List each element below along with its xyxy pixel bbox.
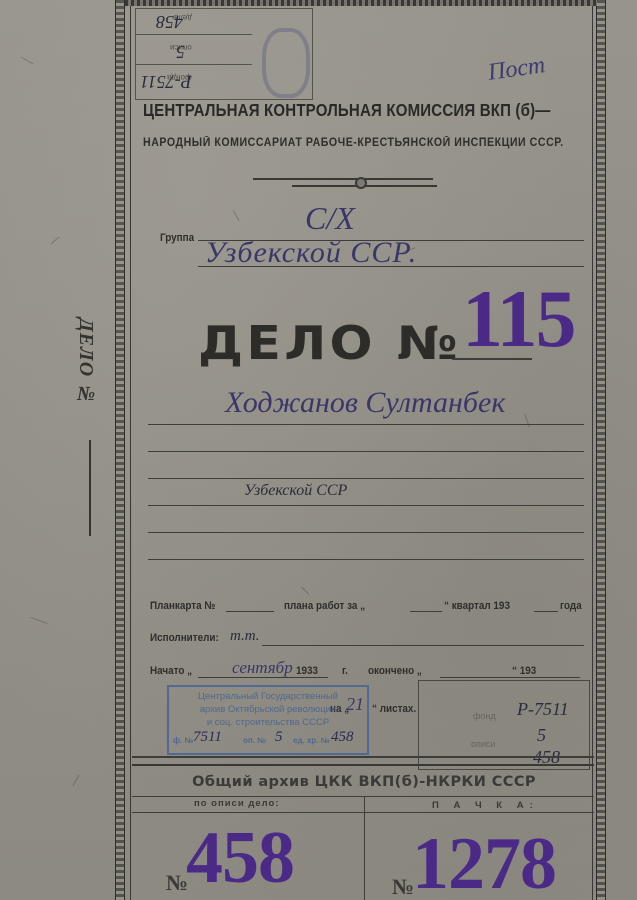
case-label: ДЕЛО № (198, 316, 461, 370)
corner-row-fond: фонда Р-7511 (136, 67, 252, 93)
group-handwritten-2: Узбекской ССР. (205, 236, 417, 270)
stamp-fond-value: 7511 (193, 729, 222, 746)
corner-row-opis: описи 5 (136, 39, 252, 65)
archive-divider (364, 796, 365, 900)
okoncheno-label: окончено „ (368, 665, 422, 677)
subject-rule-4 (148, 505, 584, 506)
stamp-line-2: архив Октябрьской революции (169, 704, 367, 715)
subject-region: Узбекской ССР (244, 482, 347, 500)
nachato-value: сентябр (232, 658, 293, 678)
goda-label: года (560, 600, 582, 612)
rb-opis-value: 5 (537, 725, 546, 746)
ornament-line (253, 178, 433, 180)
subject-rule-2 (148, 451, 584, 452)
stamp-opis-value: 5 (275, 729, 283, 746)
left-header: по описи дело: (194, 798, 280, 809)
top-chain-border (125, 0, 597, 6)
case-inventory-number: 458 (186, 816, 294, 900)
archive-header-rule (132, 812, 594, 813)
nachato-year: 1933 (296, 665, 318, 677)
ispolniteli-label: Исполнители: (150, 632, 219, 644)
corner-value: Р-7511 (140, 71, 192, 92)
left-chain-border (115, 0, 125, 900)
subject-rule-5 (148, 532, 584, 533)
listakh-label: “ листах. (372, 703, 416, 715)
spine-label: ДЕЛО № (74, 318, 97, 406)
spine-number-line (89, 440, 91, 536)
stamp-opis-label: оп. № (243, 736, 266, 745)
stamp-edkhr-label: ед. хр. № (293, 736, 330, 745)
bottom-rule (132, 756, 594, 758)
kvartal-label: “ квартал 193 (444, 600, 510, 612)
stamp-edkhr-value: 458 (331, 729, 354, 746)
plana-label: плана работ за „ (284, 600, 365, 612)
nachato-field (198, 677, 328, 678)
right-header: П А Ч К А: (432, 800, 539, 811)
group-label: Группа (160, 232, 194, 244)
header-commissariat: НАРОДНЫЙ КОМИССАРИАТ РАБОЧЕ-КРЕСТЬЯНСКОЙ… (143, 137, 564, 149)
archive-band: Общий архив ЦКК ВКП(б)-НКРКИ СССР по опи… (132, 764, 594, 900)
stamp-line-1: Центральный Государственный (169, 691, 367, 702)
subject-name: Ходжанов Султанбек (225, 386, 505, 420)
archive-title: Общий архив ЦКК ВКП(б)-НКРКИ СССР (144, 774, 584, 790)
right-chain-border (596, 0, 606, 900)
ispolniteli-field (262, 645, 584, 646)
subject-rule-6 (148, 559, 584, 560)
rb-fond-label: фонд (473, 711, 496, 721)
faded-oval-stamp (262, 28, 310, 98)
plankarta-field (226, 611, 274, 612)
left-no-sign: № (166, 870, 188, 896)
stamp-fond-label: ф. № (173, 736, 193, 745)
okoncheno-field (440, 677, 580, 678)
subject-rule-3 (148, 478, 584, 479)
ispolniteli-value: т.т. (230, 628, 260, 645)
stamp-line-3: и соц. строительства СССР (169, 717, 367, 728)
plankarta-label: Планкарта № (150, 600, 215, 612)
g-label: г. (342, 665, 348, 677)
archive-stamp: Центральный Государственный архив Октябр… (167, 685, 369, 755)
ornament-dot (355, 177, 367, 189)
group-handwritten-1: С/Х (305, 200, 355, 237)
rb-fond-value: Р-7511 (517, 699, 569, 720)
right-no-sign: № (392, 874, 414, 900)
nachato-label: Начато „ (150, 665, 192, 677)
header-commission: ЦЕНТРАЛЬНАЯ КОНТРОЛЬНАЯ КОМИССИЯ ВКП (б)… (143, 100, 530, 121)
inner-frame-left (130, 6, 131, 900)
case-number: 115 (462, 272, 574, 366)
corner-value: 5 (176, 41, 185, 62)
rb-opis-label: описи (471, 739, 495, 749)
corner-row-delo: дела 458 (136, 9, 252, 35)
corner-value: 458 (156, 11, 183, 32)
okoncheno-year: “ 193 (512, 665, 536, 677)
archive-title-rule (132, 796, 594, 797)
bundle-number: 1278 (412, 822, 556, 900)
kvartal-field (410, 611, 442, 612)
year-field (534, 611, 558, 612)
subject-rule-1 (148, 424, 584, 425)
